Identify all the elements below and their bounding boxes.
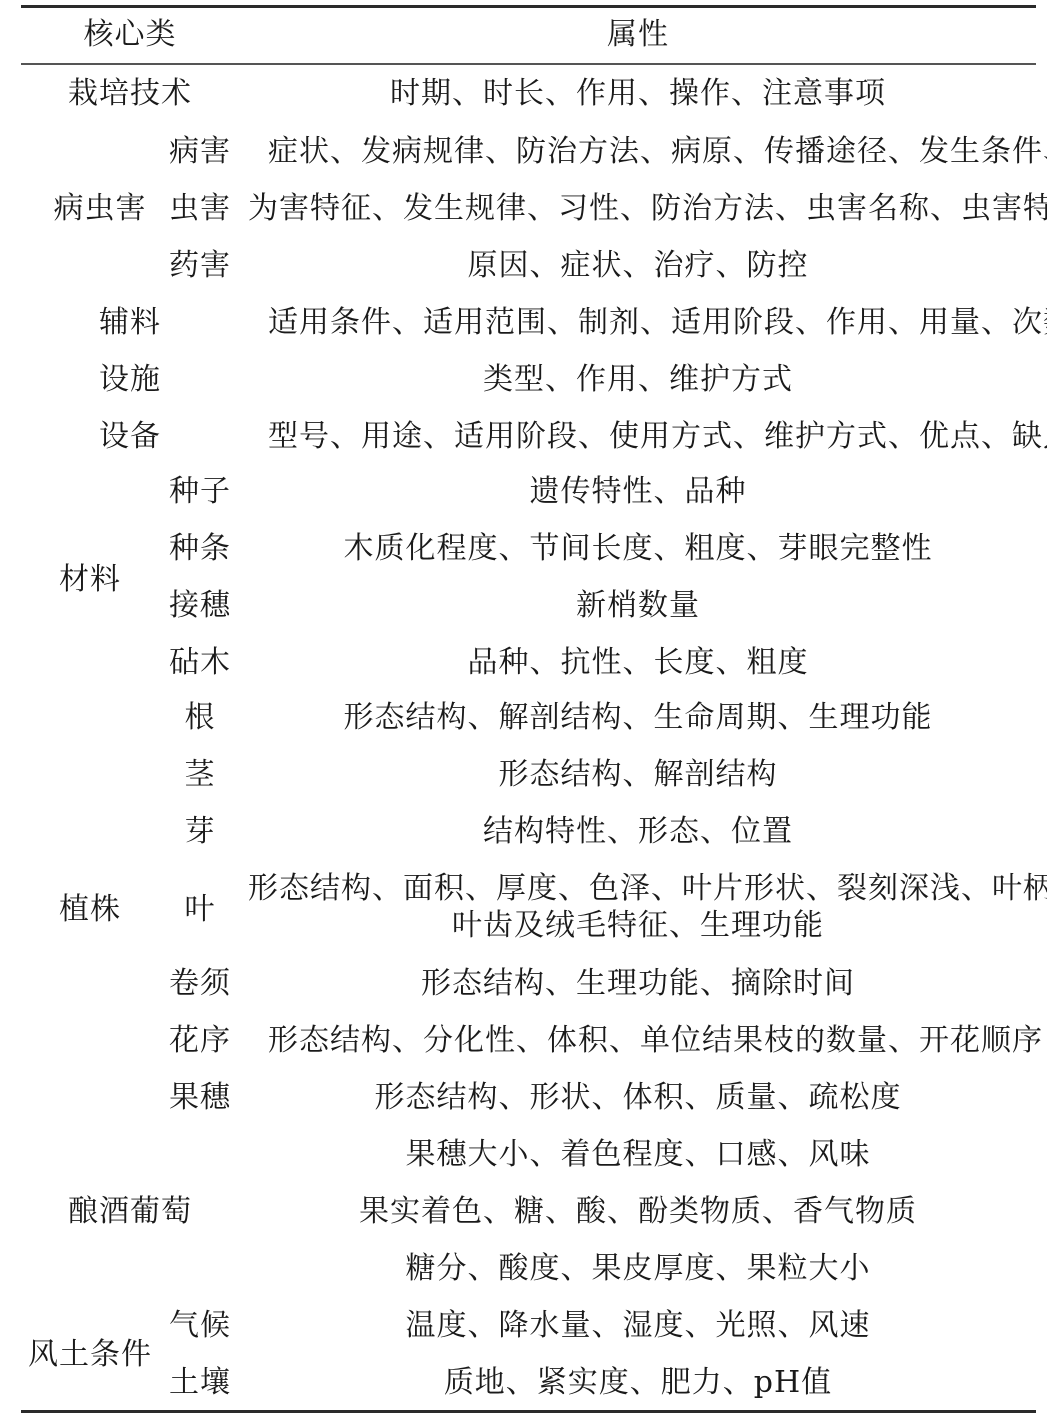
row-attributes: 型号、用途、适用阶段、使用方式、维护方式、优点、缺点	[240, 419, 1036, 455]
row-attributes: 木质化程度、节间长度、粗度、芽眼完整性	[240, 531, 1036, 567]
row-sub-label: 根	[160, 700, 240, 736]
table-bottom-rule	[21, 1410, 1036, 1413]
row-attributes: 为害特征、发生规律、习性、防治方法、虫害名称、虫害特征	[240, 191, 1036, 227]
row-sub-label: 芽	[160, 814, 240, 850]
row-sub-label: 茎	[160, 757, 240, 793]
header-attributes: 属性	[240, 17, 1036, 53]
row-sub-label: 药害	[160, 248, 240, 284]
row-attributes: 原因、症状、治疗、防控	[240, 248, 1036, 284]
row-main-label: 辅料	[40, 305, 220, 341]
row-attributes: 时期、时长、作用、操作、注意事项	[240, 76, 1036, 112]
table-top-rule	[21, 5, 1036, 8]
row-sub-label: 病害	[160, 134, 240, 170]
row-attributes: 形态结构、解剖结构	[240, 757, 1036, 793]
row-attributes: 果穗大小、着色程度、口感、风味	[240, 1137, 1036, 1173]
row-sub-label: 接穗	[160, 588, 240, 624]
row-attributes: 形态结构、形状、体积、质量、疏松度	[240, 1080, 1036, 1116]
row-sub-label: 气候	[160, 1308, 240, 1344]
row-attributes: 遗传特性、品种	[240, 474, 1036, 510]
row-main-label: 风土条件	[20, 1337, 160, 1373]
row-attributes: 结构特性、形态、位置	[240, 814, 1036, 850]
row-main-label: 设备	[40, 419, 220, 455]
row-attributes: 形态结构、解剖结构、生命周期、生理功能	[240, 700, 1036, 736]
row-attributes: 形态结构、面积、厚度、色泽、叶片形状、裂刻深浅、叶柄洼、	[240, 871, 1036, 907]
row-attributes: 温度、降水量、湿度、光照、风速	[240, 1308, 1036, 1344]
row-sub-label: 种条	[160, 531, 240, 567]
row-main-label: 材料	[20, 562, 160, 598]
row-main-label: 设施	[40, 362, 220, 398]
row-sub-label: 砧木	[160, 645, 240, 681]
row-attributes: 果实着色、糖、酸、酚类物质、香气物质	[240, 1194, 1036, 1230]
row-sub-label: 花序	[160, 1023, 240, 1059]
row-main-label: 酿酒葡萄	[40, 1194, 220, 1230]
row-attributes: 形态结构、生理功能、摘除时间	[240, 966, 1036, 1002]
row-attributes: 质地、紧实度、肥力、pH值	[240, 1365, 1036, 1401]
row-attributes: 症状、发病规律、防治方法、病原、传播途径、发生条件、	[240, 134, 1036, 170]
row-attributes: 类型、作用、维护方式	[240, 362, 1036, 398]
row-sub-label: 种子	[160, 474, 240, 510]
row-attributes: 叶齿及绒毛特征、生理功能	[240, 908, 1036, 944]
row-main-label: 植株	[20, 892, 160, 928]
row-main-label: 病虫害	[20, 191, 180, 227]
header-core-class: 核心类	[40, 17, 220, 53]
row-attributes: 品种、抗性、长度、粗度	[240, 645, 1036, 681]
row-sub-label: 土壤	[160, 1365, 240, 1401]
row-sub-label: 果穗	[160, 1080, 240, 1116]
row-sub-label: 卷须	[160, 966, 240, 1002]
row-attributes: 糖分、酸度、果皮厚度、果粒大小	[240, 1251, 1036, 1287]
row-sub-label: 虫害	[160, 191, 240, 227]
row-attributes: 适用条件、适用范围、制剂、适用阶段、作用、用量、次数	[240, 305, 1036, 341]
row-sub-label: 叶	[160, 892, 240, 928]
row-attributes: 新梢数量	[240, 588, 1036, 624]
row-attributes: 形态结构、分化性、体积、单位结果枝的数量、开花顺序	[240, 1023, 1036, 1059]
table-header-rule	[21, 63, 1036, 65]
row-main-label: 栽培技术	[40, 76, 220, 112]
